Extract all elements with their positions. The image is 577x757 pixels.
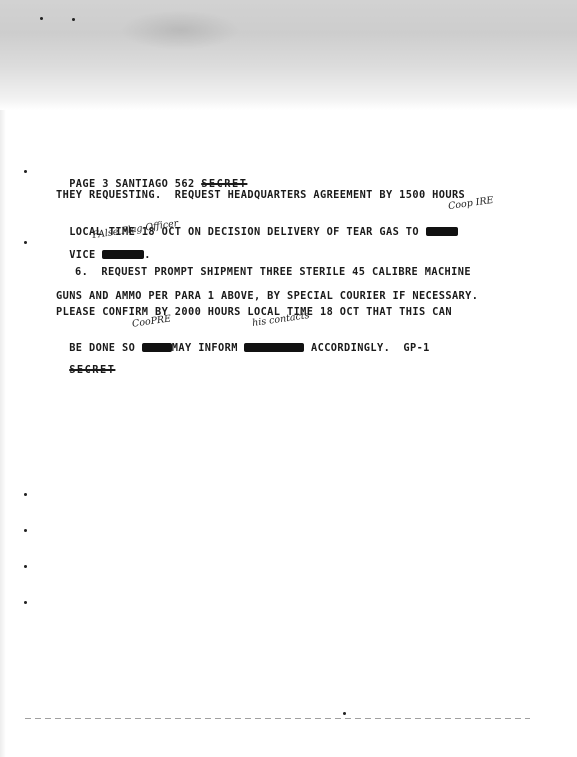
redaction-block xyxy=(102,250,144,259)
para6-line4: BE DONE SO MAY INFORM ACCORDINGLY. GP-1 xyxy=(56,330,430,354)
margin-tick xyxy=(24,565,27,568)
scan-shading-band xyxy=(0,0,577,110)
margin-tick xyxy=(24,601,27,604)
redaction-block xyxy=(142,343,172,352)
scan-speck xyxy=(40,17,43,20)
page-header: PAGE 3 SANTIAGO 562 SECRET xyxy=(56,166,247,190)
para5-line3: VICE . xyxy=(56,237,151,261)
scan-speck xyxy=(72,18,75,21)
margin-tick xyxy=(24,170,27,173)
margin-tick xyxy=(24,529,27,532)
para6-line2: GUNS AND AMMO PER PARA 1 ABOVE, BY SPECI… xyxy=(56,290,478,302)
redaction-block xyxy=(244,343,304,352)
redaction-block xyxy=(426,227,458,236)
bottom-scan-line xyxy=(25,718,530,719)
margin-tick xyxy=(24,493,27,496)
scan-speck xyxy=(343,712,346,715)
para5-line1: THEY REQUESTING. REQUEST HEADQUARTERS AG… xyxy=(56,189,465,201)
para6-line3: PLEASE CONFIRM BY 2000 HOURS LOCAL TIME … xyxy=(56,306,452,318)
footer-classification: SECRET xyxy=(56,352,115,376)
para6-line1: 6. REQUEST PROMPT SHIPMENT THREE STERILE… xyxy=(75,266,471,278)
scan-left-edge xyxy=(0,110,6,757)
margin-tick xyxy=(24,241,27,244)
